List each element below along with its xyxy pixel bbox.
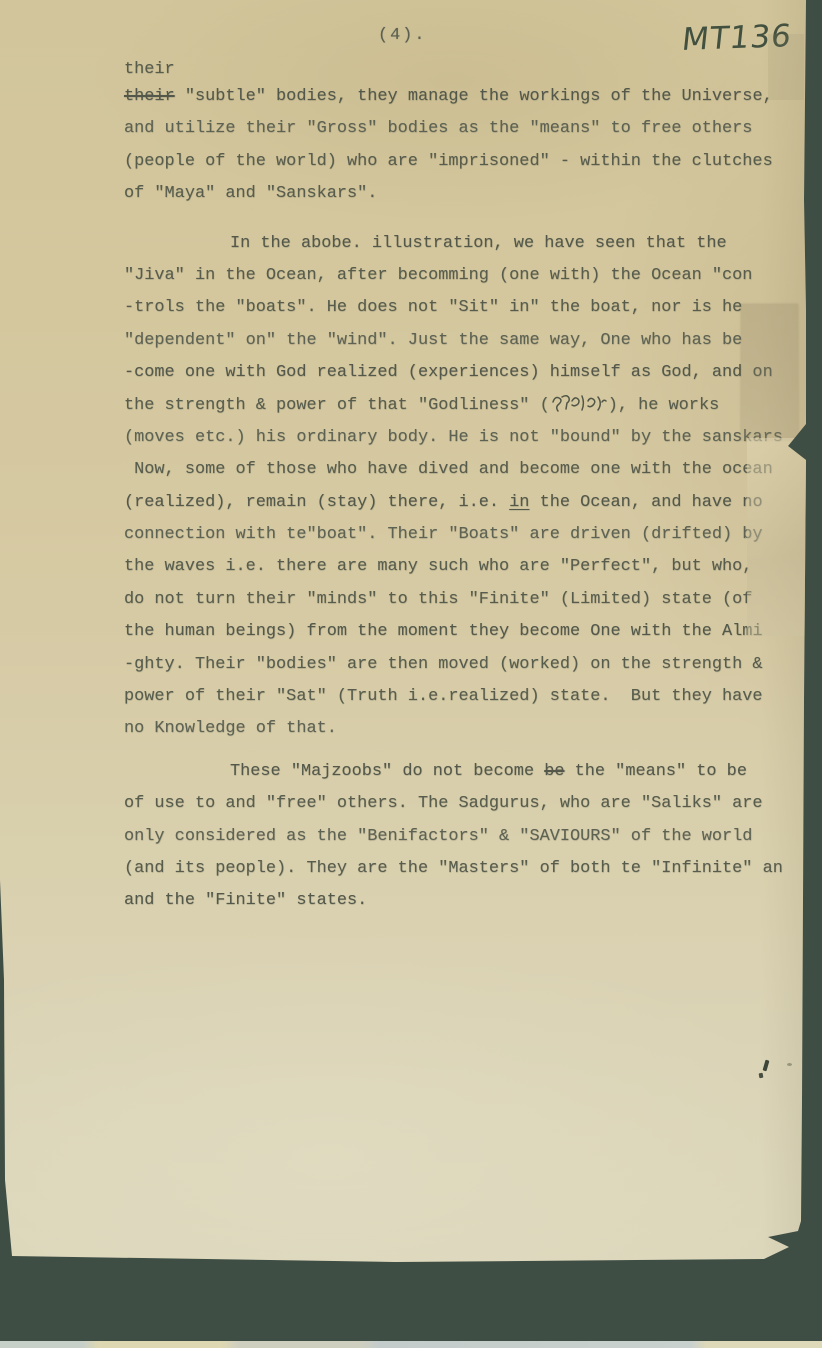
text-line: the strength & power of that "Godliness"… [124,390,814,422]
text-line: -ghty. Their "bodies" are then moved (wo… [124,649,814,681]
ink-mark [759,1073,764,1079]
text-line: the waves i.e. there are many such who a… [124,551,814,583]
text-line: no Knowledge of that. [124,713,814,745]
text-line: connection with te"boat". Their "Boats" … [124,519,814,551]
text-line: -trols the "boats". He does not "Sit" in… [124,292,814,324]
scan-edge-strip [0,1341,822,1348]
tape-residue [747,438,806,636]
text-line: "dependent" on" the "wind". Just the sam… [124,325,814,357]
gujarati-script-icon [550,393,608,426]
text-line: (and its people). They are the "Masters"… [124,853,814,885]
text-line: "Jiva" in the Ocean, after becomming (on… [124,260,814,292]
text-line: do not turn their "minds" to this "Finit… [124,584,814,616]
text-line: only considered as the "Benifactors" & "… [124,821,814,853]
text-line: the human beings) from the moment they b… [124,616,814,648]
text-line: their "subtle" bodies, they manage the w… [124,81,814,113]
typewritten-body: theirtheir "subtle" bodies, they manage … [124,58,814,918]
text-line: In the abobe. illustration, we have seen… [124,228,814,260]
tape-residue [768,34,804,100]
document-page: (4). MT136 theirtheir "subtle" bodies, t… [0,0,822,1348]
text-line: (realized), remain (stay) there, i.e. in… [124,487,814,519]
scan-background: (4). MT136 theirtheir "subtle" bodies, t… [0,0,822,1348]
text-line: of use to and "free" others. The Sadguru… [124,788,814,820]
text-line: of "Maya" and "Sanskars". [124,178,814,210]
text-line: (moves etc.) his ordinary body. He is no… [124,422,814,454]
text-line: their [124,58,814,81]
text-line: -come one with God realized (experiences… [124,357,814,389]
text-line: and the "Finite" states. [124,885,814,917]
text-line: Now, some of those who have dived and be… [124,454,814,486]
text-line: (people of the world) who are "imprisone… [124,146,814,178]
text-line: and utilize their "Gross" bodies as the … [124,113,814,145]
ink-mark [787,1063,792,1066]
text-line: These "Majzoobs" do not become be the "m… [124,756,814,788]
tape-residue [741,304,798,440]
page-number: (4). [378,26,427,45]
text-line: power of their "Sat" (Truth i.e.realized… [124,681,814,713]
